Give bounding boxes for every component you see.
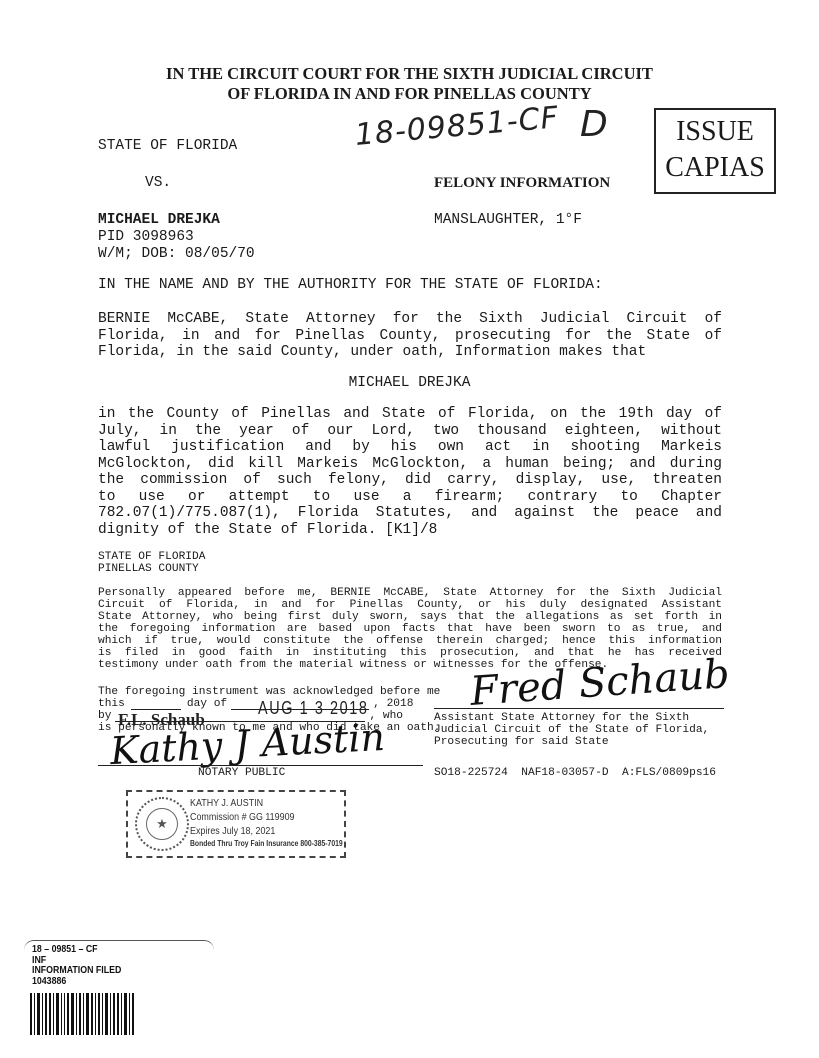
barcode-bar (110, 993, 111, 1035)
barcode-bar (42, 993, 43, 1035)
document-type: FELONY INFORMATION (434, 175, 610, 192)
barcode-bar (124, 993, 127, 1035)
filing-case-number: 18 – 09851 – CF (32, 945, 121, 956)
versus-label: VS. (145, 175, 171, 191)
intro-line: Florida, in the said County, under oath,… (98, 344, 722, 361)
notary-stamp-text: KATHY J. AUSTIN Commission # GG 119909 E… (190, 796, 370, 850)
notary-signature-line (98, 765, 423, 766)
notary-public-label: NOTARY PUBLIC (198, 767, 285, 779)
barcode-bar (71, 993, 74, 1035)
filing-status: INFORMATION FILED (32, 966, 121, 977)
defendant-name-centered: MICHAEL DREJKA (0, 375, 819, 391)
count-line: 782.07(1)/775.087(1), Florida Statutes, … (98, 505, 722, 522)
count-line: in the County of Pinellas and State of F… (98, 406, 722, 423)
barcode-bar (30, 993, 32, 1035)
barcode-bar (67, 993, 69, 1035)
notary-stamp-name: KATHY J. AUSTIN (190, 796, 343, 810)
intro-line: BERNIE McCABE, State Attorney for the Si… (98, 311, 722, 328)
case-suffix-handwritten: D (580, 104, 608, 145)
barcode-bar (56, 993, 59, 1035)
barcode-bar (37, 993, 40, 1035)
oath-line: the foregoing information are based upon… (98, 623, 722, 635)
barcode-bar (76, 993, 77, 1035)
oath-venue-county: PINELLAS COUNTY (98, 563, 205, 575)
oath-venue: STATE OF FLORIDA PINELLAS COUNTY (98, 551, 205, 575)
barcode-icon (30, 993, 180, 1035)
defendant-descriptor: W/M; DOB: 08/05/70 (98, 246, 255, 263)
barcode-bar (53, 993, 54, 1035)
count-line: dignity of the State of Florida. [K1]/8 (98, 522, 722, 539)
count-paragraph: in the County of Pinellas and State of F… (98, 406, 722, 538)
prosecutor-title-line: Prosecuting for said State (434, 736, 734, 748)
count-line: July, in the year of our Lord, two thous… (98, 423, 722, 440)
issue-capias-box: ISSUE CAPIAS (654, 108, 776, 194)
filing-label: 18 – 09851 – CF INF INFORMATION FILED 10… (24, 940, 214, 1046)
oath-line: Personally appeared before me, BERNIE Mc… (98, 587, 722, 599)
case-number-handwritten: 18-09851-CF (353, 100, 560, 153)
oath-line: Circuit of Florida, in and for Pinellas … (98, 599, 722, 611)
capias-line-2: CAPIAS (656, 150, 774, 186)
count-line: the commission of such felony, did carry… (98, 472, 722, 489)
filing-label-text: 18 – 09851 – CF INF INFORMATION FILED 10… (32, 945, 121, 987)
court-header-line-2: OF FLORIDA IN AND FOR PINELLAS COUNTY (0, 84, 819, 104)
barcode-bar (121, 993, 122, 1035)
ack-line-1: The foregoing instrument was acknowledge… (98, 686, 424, 698)
count-line: to use or attempt to use a firearm; cont… (98, 489, 722, 506)
oath-line: State Attorney, who being first duly swo… (98, 611, 722, 623)
barcode-bar (91, 993, 93, 1035)
court-header: IN THE CIRCUIT COURT FOR THE SIXTH JUDIC… (0, 64, 819, 104)
intro-line: Florida, in and for Pinellas County, pro… (98, 328, 722, 345)
barcode-bar (79, 993, 81, 1035)
notary-stamp: ★ KATHY J. AUSTIN Commission # GG 119909… (126, 790, 346, 858)
notary-stamp-expires: Expires July 18, 2021 (190, 824, 343, 838)
barcode-bar (117, 993, 119, 1035)
court-header-line-1: IN THE CIRCUIT COURT FOR THE SIXTH JUDIC… (0, 64, 819, 84)
defendant-block: MICHAEL DREJKA PID 3098963 W/M; DOB: 08/… (98, 212, 255, 263)
barcode-bar (86, 993, 89, 1035)
prosecutor-title-line: Assistant State Attorney for the Sixth (434, 712, 734, 724)
barcode-bar (98, 993, 100, 1035)
filing-doc-id: 1043886 (32, 977, 121, 988)
defendant-pid: PID 3098963 (98, 229, 255, 246)
capias-line-1: ISSUE (656, 114, 774, 150)
reference-ids: SO18-225724 NAF18-03057-D A:FLS/0809ps16 (434, 767, 716, 779)
notary-seal-icon: ★ (135, 797, 189, 851)
barcode-bar (34, 993, 35, 1035)
barcode-bar (132, 993, 134, 1035)
defendant-name: MICHAEL DREJKA (98, 212, 255, 229)
prosecutor-title-line: Judicial Circuit of the State of Florida… (434, 724, 734, 736)
authority-statement: IN THE NAME AND BY THE AUTHORITY FOR THE… (98, 277, 603, 293)
plaintiff: STATE OF FLORIDA (98, 138, 237, 154)
notary-stamp-bonded: Bonded Thru Troy Fain Insurance 800-385-… (190, 838, 343, 850)
barcode-bar (129, 993, 130, 1035)
barcode-bar (61, 993, 62, 1035)
count-line: McGlockton, did kill Markeis McGlockton,… (98, 456, 722, 473)
barcode-bar (105, 993, 108, 1035)
count-line: lawful justification and by his own act … (98, 439, 722, 456)
ack-day-blank (131, 698, 181, 710)
prosecutor-title: Assistant State Attorney for the Sixth J… (434, 712, 734, 748)
notary-stamp-commission: Commission # GG 119909 (190, 810, 343, 824)
barcode-bar (45, 993, 47, 1035)
intro-paragraph: BERNIE McCABE, State Attorney for the Si… (98, 311, 722, 361)
barcode-bar (113, 993, 115, 1035)
barcode-bar (64, 993, 65, 1035)
barcode-bar (83, 993, 84, 1035)
oath-venue-state: STATE OF FLORIDA (98, 551, 205, 563)
charge: MANSLAUGHTER, 1°F (434, 212, 582, 228)
barcode-bar (102, 993, 103, 1035)
barcode-bar (49, 993, 51, 1035)
prosecutor-signature-line (434, 708, 724, 709)
barcode-bar (95, 993, 96, 1035)
oath-line: which if true, would constitute the offe… (98, 635, 722, 647)
